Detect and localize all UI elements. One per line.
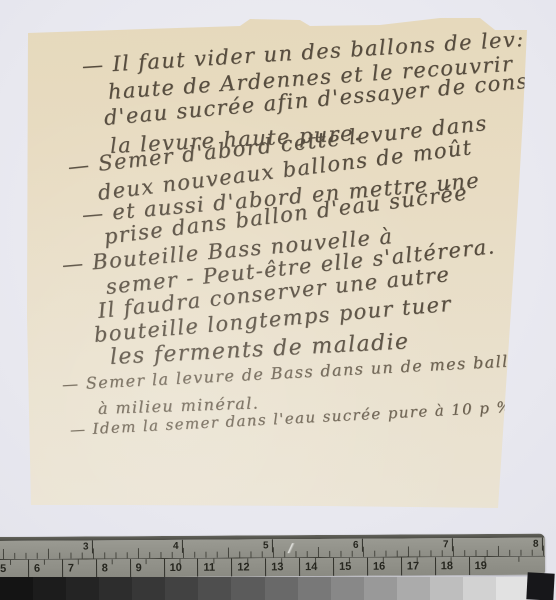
ruler-cm-major-tick: [299, 558, 300, 576]
grayscale-patch: [298, 577, 331, 600]
ruler-cm-label: 16: [373, 561, 385, 573]
grayscale-wedge: [0, 577, 529, 600]
ruler-inch-label: 8: [533, 539, 539, 550]
ruler-inch-label: 7: [443, 539, 449, 550]
ruler-cm-major-tick: [333, 558, 334, 576]
ruler-cm-major-tick: [469, 557, 470, 575]
ruler-cm-major-tick: [164, 559, 165, 577]
ruler-cm-major-tick: [130, 559, 131, 577]
ruler-inch-major-tick: [452, 538, 453, 551]
grayscale-patch: [165, 577, 198, 600]
ruler-inch-major-tick: [272, 539, 273, 552]
measuring-ruler: 345678 5678910111213141516171819: [0, 534, 545, 578]
ruler-cm-label: 19: [475, 560, 487, 572]
grayscale-patch: [99, 577, 132, 600]
ruler-cm-major-tick: [265, 558, 266, 576]
grayscale-patch: [0, 577, 33, 600]
ruler-cm-major-tick: [435, 557, 436, 575]
ruler-cm-label: 9: [136, 562, 142, 574]
ruler-cm-label: 6: [34, 563, 40, 575]
ruler-cm-major-tick: [231, 559, 232, 577]
grayscale-patch: [496, 577, 529, 600]
grayscale-patch: [132, 577, 165, 600]
ruler-inch-major-tick: [182, 540, 183, 553]
ruler-cm-label: 12: [237, 561, 249, 573]
ruler-cm-label: 10: [170, 562, 182, 574]
ruler-cm-label: 18: [441, 560, 453, 572]
ruler-cm-major-tick: [401, 558, 402, 576]
grayscale-patch: [430, 577, 463, 600]
ruler-cm-scale: 5678910111213141516171819: [0, 557, 545, 578]
ruler-cm-major-tick: [62, 560, 63, 578]
ruler-cm-label: 13: [271, 561, 283, 573]
ruler-inch-major-tick: [362, 539, 363, 552]
manuscript-paper: — Il faut vider un des ballons de lev: h…: [26, 16, 528, 512]
ruler-cm-label: 7: [68, 563, 74, 575]
grayscale-patch: [331, 577, 364, 600]
ruler-inch-label: 6: [353, 540, 359, 551]
grayscale-patch: [231, 577, 264, 600]
ruler-cm-major-tick: [367, 558, 368, 576]
ruler-cm-label: 8: [102, 562, 108, 574]
ruler-inch-label: 4: [173, 541, 179, 552]
ruler-inch-major-tick: [542, 538, 543, 551]
grayscale-patch: [198, 577, 231, 600]
grayscale-patch: [66, 577, 99, 600]
ruler-inch-major-tick: [92, 540, 93, 553]
ruler-cm-label: 5: [0, 563, 6, 575]
ruler-cm-major-tick: [96, 559, 97, 577]
ruler-scratch-mark: [278, 543, 304, 553]
ruler-cm-major-tick: [197, 559, 198, 577]
ruler-inch-scale: 345678: [0, 538, 545, 559]
grayscale-patch: [364, 577, 397, 600]
black-end-tab: [526, 572, 554, 600]
grayscale-patch: [265, 577, 298, 600]
grayscale-patch: [33, 577, 66, 600]
ruler-cm-major-tick: [28, 560, 29, 578]
ruler-cm-label: 17: [407, 560, 419, 572]
ruler-cm-label: 14: [305, 561, 317, 573]
ruler-inch-label: 5: [263, 540, 269, 551]
grayscale-patch: [397, 577, 430, 600]
grayscale-patch: [463, 577, 496, 600]
ruler-cm-label: 15: [339, 561, 351, 573]
ruler-inch-label: 3: [83, 541, 89, 552]
ruler-cm-label: 11: [203, 562, 215, 574]
